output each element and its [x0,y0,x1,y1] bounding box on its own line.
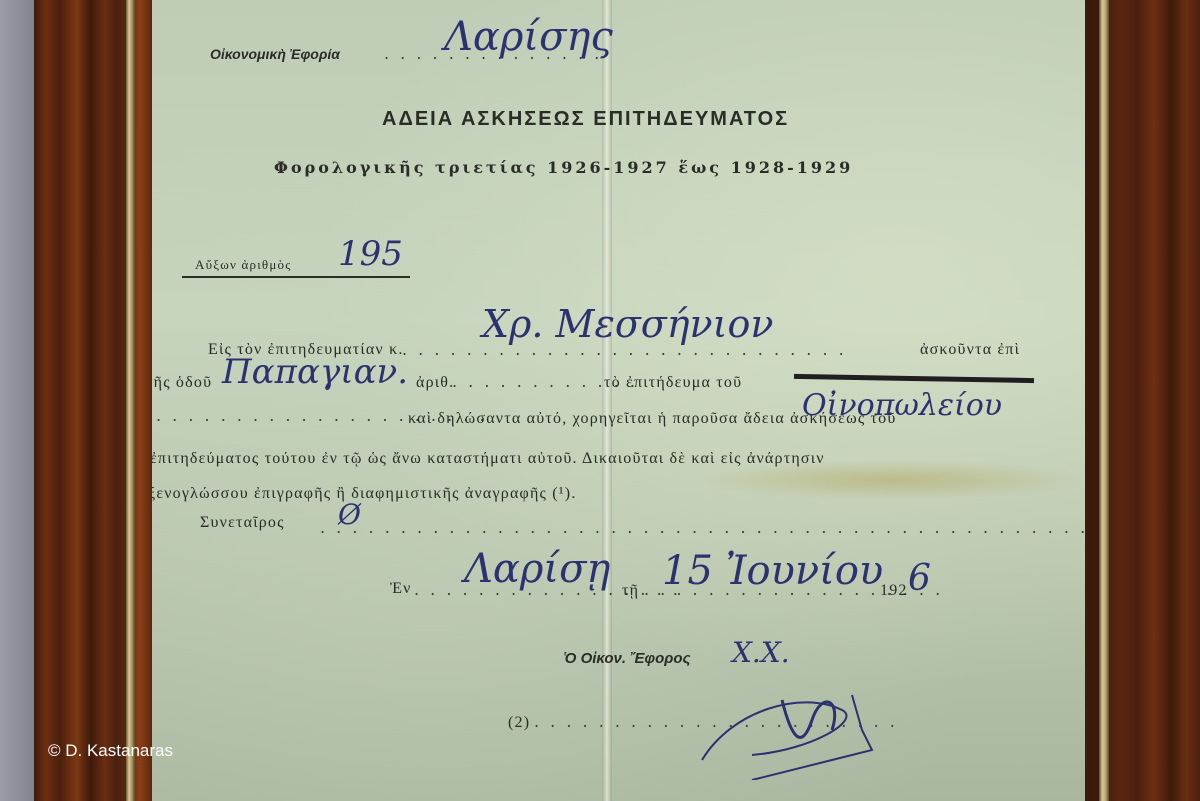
line2-prefix: τῆς ὁδοῦ [152,374,212,392]
license-document: Οἰκονομικὴ Ἐφορία . . . . . . . . . . . … [152,0,1085,801]
licensee-name-handwritten: Χρ. Μεσσήνιον [482,302,773,346]
officer-signature [692,680,912,780]
street-number-label: ἀριθ. [416,374,454,392]
officer-label: Ὁ Οἰκον. Ἔφορος [564,650,691,667]
document-line3: καὶ δηλώσαντα αὐτό, χορηγεῖται ἡ παροῦσα… [408,410,897,428]
tax-office-value-handwritten: Λαρίσης [444,14,613,60]
document-line4: ἐπιτηδεύματος τούτου ἐν τῷ ὡς ἄνω καταστ… [152,450,825,468]
place-label: Ἐν [390,580,412,598]
officer-initials-handwritten: Χ.Χ. [732,636,790,669]
street-handwritten: Παπαγιαν. [222,352,408,392]
serial-number-label: Αὔξων ἀριθμὸς [195,257,292,273]
document-subtitle: Φορολογικῆς τριετίας 1926-1927 ἕως 1928-… [274,158,853,177]
year-prefix: 192 [880,582,908,600]
footnote-marker: (2) [508,714,530,732]
serial-number-value-handwritten: 195 [338,234,403,274]
frame-left [34,0,152,801]
frame-gold-trim-right [1099,0,1109,801]
document-title: ΑΔΕΙΑ ΑΣΚΗΣΕΩΣ ΕΠΙΤΗΔΕΥΜΑΤΟΣ [382,108,789,131]
day-label: τῇ [622,582,639,600]
struck-out-profession [794,374,1034,383]
tax-office-label: Οἰκονομικὴ Ἐφορία [210,46,340,62]
document-line5: ξενογλώσσου ἐπιγραφῆς ἢ διαφημιστικῆς ἀν… [152,485,577,503]
year-suffix-handwritten: 6 [908,558,931,599]
place-value-handwritten: Λαρίσῃ [464,546,610,592]
line1-suffix: ἀσκοῦντα ἐπὶ [920,341,1020,359]
date-value-handwritten: 15 Ἰουνίου [662,548,883,594]
frame-gold-trim-left [126,0,135,801]
line2-middle: τὸ ἐπιτήδευμα τοῦ [604,374,742,392]
serial-underline [182,276,410,278]
dotted-leader: . . . . . . . . . . . . . . . . . . . . … [320,518,1085,537]
partner-label: Συνεταῖρος [200,514,285,532]
frame-right [1085,0,1200,801]
copyright-watermark: © D. Kastanaras [48,741,173,761]
